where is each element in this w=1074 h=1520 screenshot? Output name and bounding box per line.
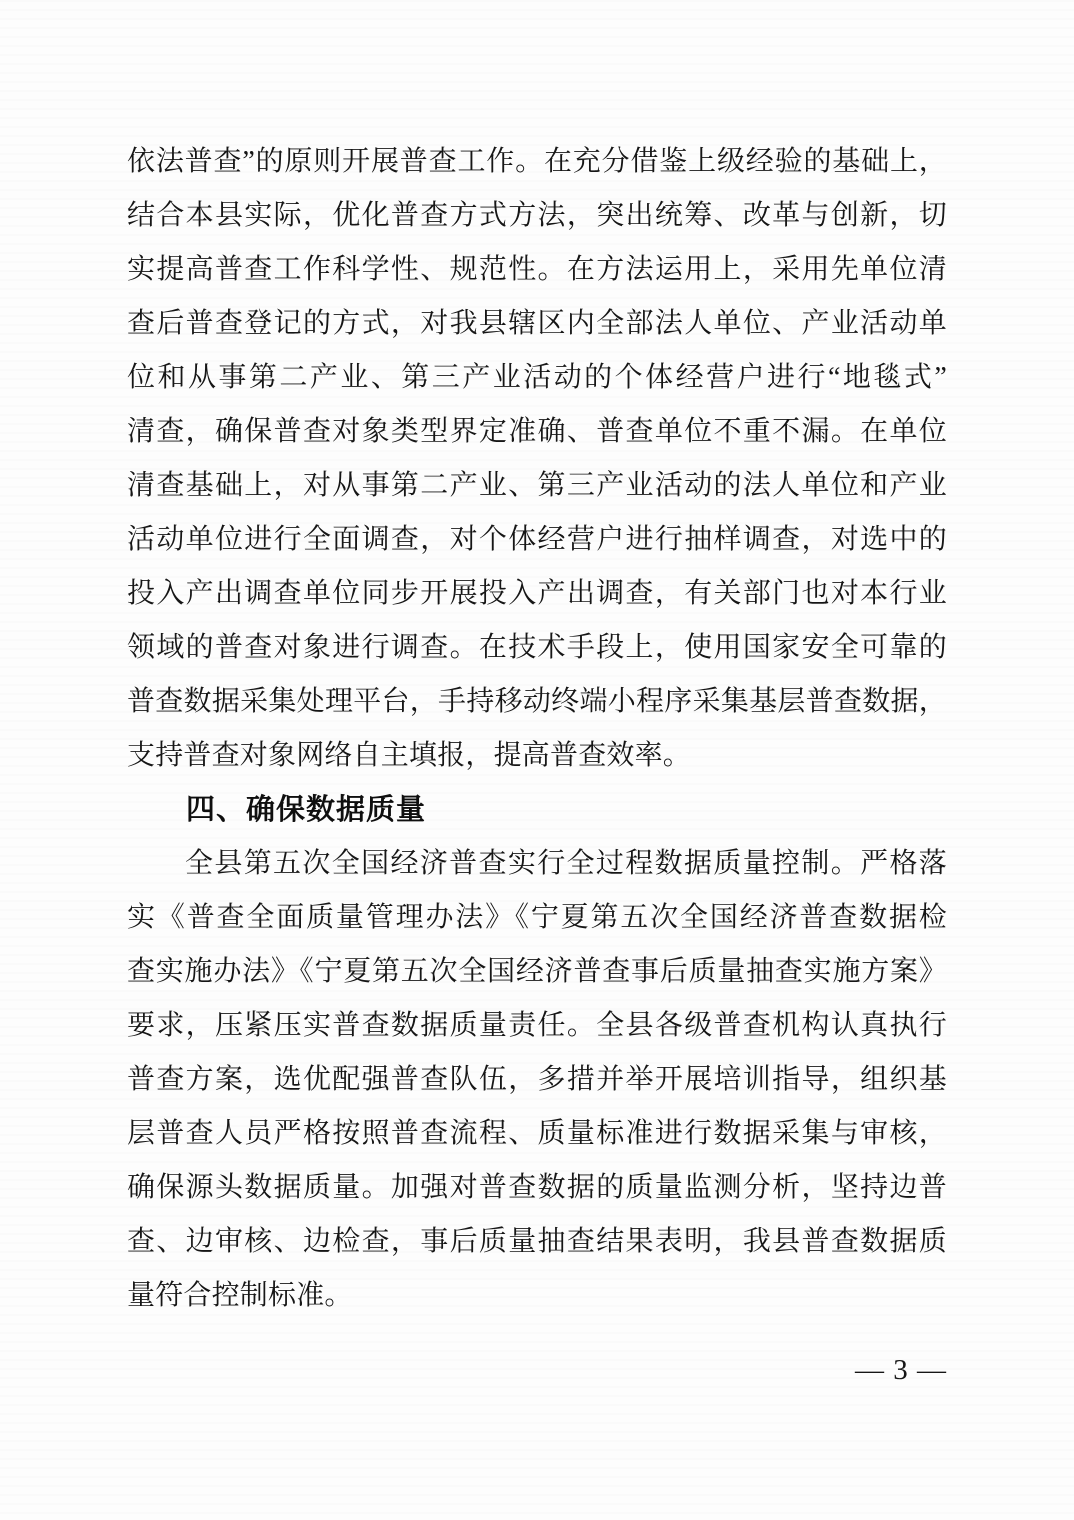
- document-body: 依法普查”的原则开展普查工作。在充分借鉴上级经验的基础上， 结合本县实际，优化普…: [127, 135, 947, 1323]
- body-line: 层普查人员严格按照普查流程、质量标准进行数据采集与审核，: [127, 1107, 947, 1161]
- body-line: 确保源头数据质量。加强对普查数据的质量监测分析，坚持边普: [127, 1161, 947, 1215]
- body-line: 位和从事第二产业、第三产业活动的个体经营户进行“地毯式”: [127, 351, 947, 405]
- body-line: 清查，确保普查对象类型界定准确、普查单位不重不漏。在单位: [127, 405, 947, 459]
- body-line: 要求，压紧压实普查数据质量责任。全县各级普查机构认真执行: [127, 999, 947, 1053]
- body-line: 领域的普查对象进行调查。在技术手段上，使用国家安全可靠的: [127, 621, 947, 675]
- body-line: 支持普查对象网络自主填报，提高普查效率。: [127, 729, 947, 783]
- body-line: 全县第五次全国经济普查实行全过程数据质量控制。严格落: [127, 837, 947, 891]
- body-line: 清查基础上，对从事第二产业、第三产业活动的法人单位和产业: [127, 459, 947, 513]
- body-line: 普查方案，选优配强普查队伍，多措并举开展培训指导，组织基: [127, 1053, 947, 1107]
- body-line: 查后普查登记的方式，对我县辖区内全部法人单位、产业活动单: [127, 297, 947, 351]
- body-line: 查实施办法》《宁夏第五次全国经济普查事后质量抽查实施方案》: [127, 945, 947, 999]
- page-number: — 3 —: [855, 1343, 947, 1397]
- body-line: 结合本县实际，优化普查方式方法，突出统筹、改革与创新，切: [127, 189, 947, 243]
- body-line: 普查数据采集处理平台，手持移动终端小程序采集基层普查数据，: [127, 675, 947, 729]
- body-line: 实《普查全面质量管理办法》《宁夏第五次全国经济普查数据检: [127, 891, 947, 945]
- body-line: 量符合控制标准。: [127, 1269, 947, 1323]
- section-heading: 四、确保数据质量: [127, 783, 947, 837]
- body-line: 投入产出调查单位同步开展投入产出调查，有关部门也对本行业: [127, 567, 947, 621]
- body-line: 依法普查”的原则开展普查工作。在充分借鉴上级经验的基础上，: [127, 135, 947, 189]
- body-line: 查、边审核、边检查，事后质量抽查结果表明，我县普查数据质: [127, 1215, 947, 1269]
- body-line: 活动单位进行全面调查，对个体经营户进行抽样调查，对选中的: [127, 513, 947, 567]
- document-page: 依法普查”的原则开展普查工作。在充分借鉴上级经验的基础上， 结合本县实际，优化普…: [0, 0, 1074, 1520]
- body-line: 实提高普查工作科学性、规范性。在方法运用上，采用先单位清: [127, 243, 947, 297]
